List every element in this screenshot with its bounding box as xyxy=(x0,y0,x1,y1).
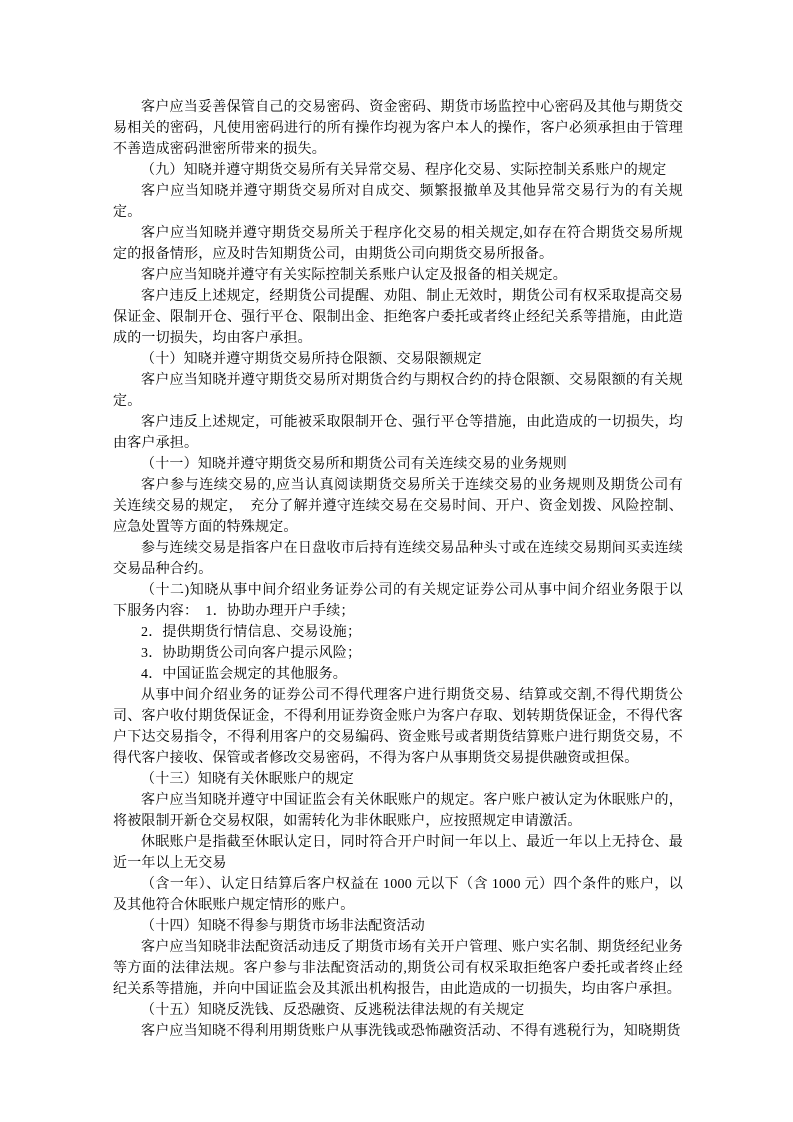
paragraph: 客户违反上述规定，可能被采取限制开仓、强行平仓等措施，由此造成的一切损失，均由客… xyxy=(113,412,683,454)
paragraph: （含一年）、认定日结算后客户权益在 1000 元以下（含 1000 元）四个条件… xyxy=(113,874,683,916)
paragraph: 客户应当知晓并遵守期货交易所对期货合约与期权合约的持仓限额、交易限额的有关规定。 xyxy=(113,370,683,412)
document-body: 客户应当妥善保管自己的交易密码、资金密码、期货市场监控中心密码及其他与期货交易相… xyxy=(113,97,683,1042)
paragraph: 休眠账户是指截至休眠认定日，同时符合开户时间一年以上、最近一年以上无持仓、最近一… xyxy=(113,832,683,874)
paragraph: 客户参与连续交易的,应当认真阅读期货交易所关于连续交易的业务规则及期货公司有关连… xyxy=(113,475,683,538)
paragraph: 从事中间介绍业务的证券公司不得代理客户进行期货交易、结算或交割,不得代期货公司、… xyxy=(113,685,683,769)
section-heading: （十一）知晓并遵守期货交易所和期货公司有关连续交易的业务规则 xyxy=(113,454,683,475)
section-heading: （十）知晓并遵守期货交易所持仓限额、交易限额规定 xyxy=(113,349,683,370)
section-heading: （九）知晓并遵守期货交易所有关异常交易、程序化交易、实际控制关系账户的规定 xyxy=(113,160,683,181)
list-item: 4．中国证监会规定的其他服务。 xyxy=(113,664,683,685)
paragraph: 客户应当知晓非法配资活动违反了期货市场有关开户管理、账户实名制、期货经纪业务等方… xyxy=(113,937,683,1000)
section-heading: （十四）知晓不得参与期货市场非法配资活动 xyxy=(113,916,683,937)
paragraph: 客户应当知晓并遵守中国证监会有关休眠账户的规定。客户账户被认定为休眠账户的，将被… xyxy=(113,790,683,832)
section-heading: （十二)知晓从事中间介绍业务证券公司的有关规定证券公司从事中间介绍业务限于以下服… xyxy=(113,580,683,622)
paragraph: 客户应当知晓并遵守期货交易所关于程序化交易的相关规定,如存在符合期货交易所规定的… xyxy=(113,223,683,265)
document-page: 客户应当妥善保管自己的交易密码、资金密码、期货市场监控中心密码及其他与期货交易相… xyxy=(0,0,793,1122)
paragraph: 客户应当知晓并遵守有关实际控制关系账户认定及报备的相关规定。 xyxy=(113,265,683,286)
paragraph: 客户应当知晓并遵守期货交易所对自成交、频繁报撤单及其他异常交易行为的有关规定。 xyxy=(113,181,683,223)
paragraph: 客户违反上述规定，经期货公司提醒、劝阻、制止无效时，期货公司有权采取提高交易保证… xyxy=(113,286,683,349)
paragraph: 参与连续交易是指客户在日盘收市后持有连续交易品种头寸或在连续交易期间买卖连续交易… xyxy=(113,538,683,580)
paragraph: 客户应当知晓不得利用期货账户从事洗钱或恐怖融资活动、不得有逃税行为，知晓期货 xyxy=(113,1021,683,1042)
section-heading: （十五）知晓反洗钱、反恐融资、反逃税法律法规的有关规定 xyxy=(113,1000,683,1021)
list-item: 3．协助期货公司向客户提示风险； xyxy=(113,643,683,664)
paragraph: 客户应当妥善保管自己的交易密码、资金密码、期货市场监控中心密码及其他与期货交易相… xyxy=(113,97,683,160)
section-heading: （十三）知晓有关休眠账户的规定 xyxy=(113,769,683,790)
list-item: 2．提供期货行情信息、交易设施； xyxy=(113,622,683,643)
